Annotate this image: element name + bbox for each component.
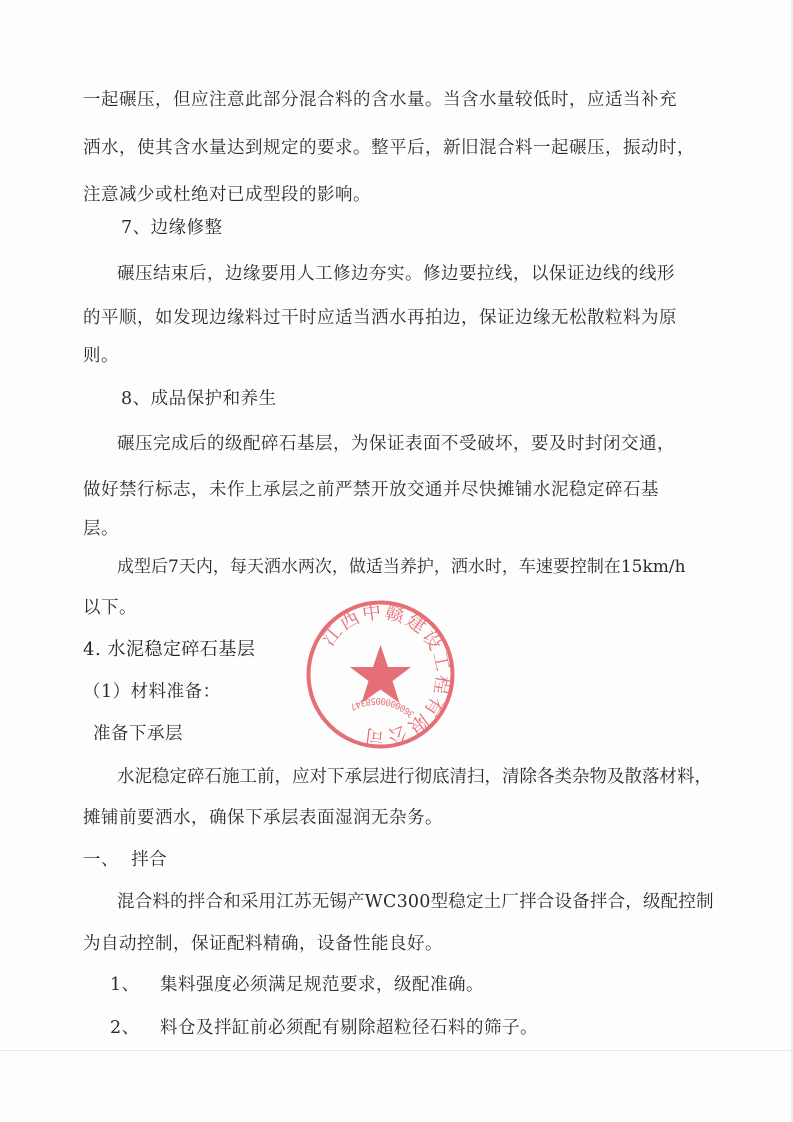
paragraph-line: 摊铺前要洒水，确保下承层表面湿润无杂务。 bbox=[83, 806, 443, 830]
paragraph-line: 成型后7天内，每天洒水两次，做适当养护，洒水时，车速要控制在15km/h bbox=[117, 555, 686, 579]
paragraph-line: 做好禁行标志，未作上承层之前严禁开放交通并尽快摊铺水泥稳定碎石基 bbox=[83, 478, 659, 502]
paragraph-line: 则。 bbox=[83, 344, 119, 368]
subheading-edge-trimming: 7、边缘修整 bbox=[121, 216, 223, 240]
subheading-lower-layer: 准备下承层 bbox=[93, 722, 183, 746]
paragraph-line: 为自动控制，保证配料精确，设备性能良好。 bbox=[83, 932, 443, 956]
paragraph-line: 一起碾压，但应注意此部分混合料的含水量。当含水量较低时，应适当补充 bbox=[83, 88, 677, 112]
list-item: 集料强度必须满足规范要求，级配准确。 bbox=[160, 973, 484, 997]
document-page: 一起碾压，但应注意此部分混合料的含水量。当含水量较低时，应适当补充 洒水，使其含… bbox=[0, 0, 793, 1122]
list-item: 料仓及拌缸前必须配有剔除超粒径石料的筛子。 bbox=[160, 1016, 538, 1040]
paragraph-line: 的平顺，如发现边缘料过干时应适当洒水再拍边，保证边缘无松散粒料为原 bbox=[83, 306, 677, 330]
seal-registration-number: 3600000058347 bbox=[348, 695, 417, 719]
paragraph-line: 水泥稳定碎石施工前，应对下承层进行彻底清扫，清除各类杂物及散落材料， bbox=[117, 765, 712, 789]
star-icon bbox=[350, 645, 411, 703]
list-number: 1、 bbox=[110, 973, 140, 997]
paragraph-line: 注意减少或杜绝对已成型段的影响。 bbox=[83, 183, 371, 207]
svg-text:3600000058347: 3600000058347 bbox=[348, 695, 417, 719]
list-number: 2、 bbox=[110, 1016, 140, 1040]
section-heading-cement-stabilized: 4. 水泥稳定碎石基层 bbox=[83, 638, 255, 662]
subheading-material-prep: （1）材料准备： bbox=[83, 680, 221, 704]
subheading-protection-curing: 8、成品保护和养生 bbox=[121, 387, 277, 411]
company-seal: 江西中赣建设工程有限公司 3600000058347 bbox=[303, 597, 458, 752]
paragraph-line: 以下。 bbox=[83, 596, 137, 620]
paragraph-line: 混合料的拌合和采用江苏无锡产WC300型稳定土厂拌合设备拌合，级配控制 bbox=[117, 890, 714, 914]
paragraph-line: 碾压结束后，边缘要用人工修边夯实。修边要拉线，以保证边线的线形 bbox=[117, 262, 675, 286]
paragraph-line: 层。 bbox=[83, 517, 119, 541]
page-divider bbox=[0, 1050, 793, 1051]
paragraph-line: 碾压完成后的级配碎石基层，为保证表面不受破坏，要及时封闭交通， bbox=[117, 432, 675, 456]
subheading-mixing: 一、 拌合 bbox=[83, 848, 167, 872]
paragraph-line: 洒水，使其含水量达到规定的要求。整平后，新旧混合料一起碾压，振动时， bbox=[83, 136, 695, 160]
